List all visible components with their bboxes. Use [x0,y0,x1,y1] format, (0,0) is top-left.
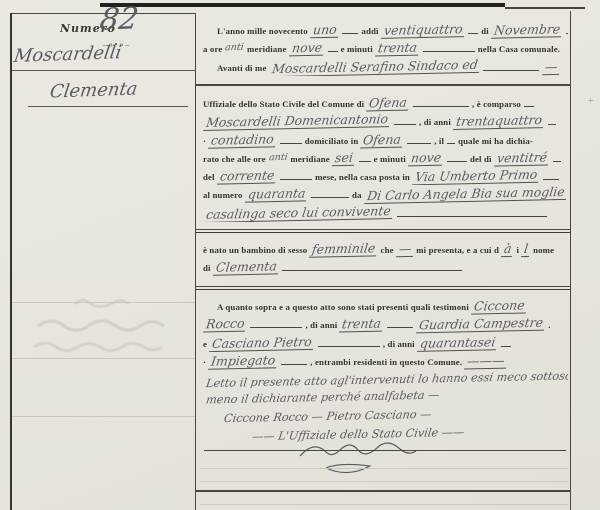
blank-rule [423,42,475,52]
handwritten-text: femminile [309,242,378,257]
form-line: ·Impiegato, entrambi residenti in questo… [202,352,568,370]
handwritten-text: Impiegato [208,354,278,369]
handwritten-text: — [396,243,414,257]
blank-rule [501,337,511,347]
printed-text: mi presenta, e a cui d [416,245,499,255]
printed-text: . [548,320,550,330]
section-separator [196,490,570,492]
printed-text: e minuti [341,44,373,54]
footer-faint-rule [200,481,568,482]
printed-text: nella Casa comunale. [478,44,560,54]
form-line: A quanto sopra e a questo atto sono stat… [202,297,568,315]
margin-faint-rule [12,416,195,417]
handwritten-text: Ofena [360,133,404,147]
given-name-rule [28,106,188,107]
printed-text: Uffiziale dello Stato Civile del Comune … [203,99,364,109]
handwritten-text: — [542,60,560,74]
printed-text: e [203,339,207,349]
blank-rule [342,24,358,34]
footer-faint-rule [200,504,568,505]
form-line: L'anno mille novecentounoaddìventiquattr… [202,21,568,39]
form-line: eCasciano Pietro, di anniquarantasei [202,334,568,352]
handwritten-text: Ciccone [471,299,527,314]
handwritten-text: l [521,243,531,257]
column-divider [195,13,196,510]
section-separator [196,84,570,86]
blank-rule [280,134,302,144]
handwritten-text: Rocco [203,318,247,332]
blank-rule [468,24,478,34]
form-line: delcorrentemese, nella casa posta inVia … [202,167,568,185]
handwritten-text: à [501,243,514,257]
printed-text: , di anni [383,339,415,349]
blank-rule [548,115,556,125]
handwritten-text: Via Umberto Primo [412,169,540,185]
printed-text: , è comparso [472,99,521,109]
printed-text: quale mi ha dichia- [458,136,533,146]
form-line: rato che alle oreantimeridianeseie minut… [202,149,568,167]
handwritten-text: nove [408,152,444,166]
printed-text: , di anni [419,117,451,127]
printed-text: meridiane [247,44,286,54]
blank-rule [407,134,431,144]
blank-rule [280,170,312,180]
surname-rule [12,70,196,71]
blank-rule [447,152,467,162]
signature-rule [204,450,566,451]
blank-rule [328,42,338,52]
form-line: Letto il presente atto agl'intervenuti l… [202,370,568,388]
blank-rule [282,261,462,271]
handwritten-text: Novembre [491,23,563,38]
printed-text: da [352,190,362,200]
printed-text: meridiane [290,154,329,164]
ink-bleed-through [20,292,190,362]
handwritten-text: trenta [375,42,420,56]
printed-text: rato che alle ore [203,154,266,164]
handwritten-text: quarantasei [417,336,498,351]
form-line: meno il dichiarante perché analfabeta — [202,388,568,406]
handwritten-text: Di Carlo Angela Bia sua moglie [364,186,567,203]
blank-rule [553,152,561,162]
form-line: Rocco, di annitrentaGuardia Campestre. [202,315,568,333]
handwritten-text: Casciano Pietro [209,335,315,351]
handwritten-text: trentaquattro [453,114,545,129]
printed-text: che [381,245,394,255]
printed-text: è nato un bambino di sesso [203,245,307,255]
printed-text: al numero [203,190,243,200]
handwritten-text: meno il dichiarante perché analfabeta — [203,390,442,406]
form-line: diClementa [202,258,568,276]
printed-text: L'anno mille novecento [217,26,308,36]
printed-text: , entrambi residenti in questo Comune. [310,357,462,367]
form-line: Moscardelli Domenicantonio, di annitrent… [202,112,568,130]
blank-rule [543,170,559,180]
page-left-border [10,13,12,510]
form-line: è nato un bambino di sessofemminileche—m… [202,240,568,258]
handwritten-text: Moscardelli Domenicantonio [203,113,391,130]
top-scan-bar-tail [505,7,585,9]
handwritten-text: corrente [217,170,277,185]
printed-text: · [203,136,206,146]
blank-rule [397,207,547,217]
form-line: al numeroquarantadaDi Carlo Angela Bia s… [202,185,568,203]
handwritten-text: Letto il presente atto agl'intervenuti l… [203,370,568,388]
handwritten-text: Ofena [366,97,410,111]
birth-record-scan: + Numero 82 –«•»– Moscardelli Clementa L… [0,0,600,510]
handwritten-text: anti [223,43,247,53]
printed-text: , il [434,136,444,146]
numero-value: 82 [98,1,141,38]
handwritten-text: Guardia Campestre [416,317,546,333]
section-declaration: Uffiziale dello Stato Civile del Comune … [202,94,568,222]
official-signature-flourish [292,438,422,478]
handwritten-text: ventiquattro [381,23,465,38]
margin-surname: Moscardelli [14,44,121,65]
handwritten-text: Moscardelli Serafino Sindaco ed [269,58,481,76]
printed-text: domiciliato in [305,136,359,146]
printed-text: del [203,172,215,182]
printed-text: · [203,357,206,367]
section-birth: è nato un bambino di sessofemminileche—m… [202,240,568,277]
handwritten-text: quaranta [245,188,308,203]
printed-text: di [203,263,211,273]
printed-text: nome [533,245,554,255]
printed-text: A quanto sopra e a questo atto sono stat… [217,302,469,312]
section-witnesses: A quanto sopra e a questo atto sono stat… [202,297,568,443]
section-separator [196,286,570,290]
handwritten-text: contadino [208,133,276,148]
printed-text: mese, nella casa posta in [315,172,410,182]
handwritten-text: nove [289,42,325,56]
form-line: a oreantimeridianenovee minutitrentanell… [202,39,568,57]
printed-text: del dì [470,154,492,164]
page-right-border [570,11,571,510]
section-separator [196,229,570,233]
handwritten-text: ventitré [494,151,550,166]
form-line: Uffiziale dello Stato Civile del Comune … [202,94,568,112]
handwritten-text: anti [266,153,290,163]
printed-text: e minuti [374,154,406,164]
blank-rule [413,97,469,107]
printed-text: i [516,245,519,255]
handwritten-text: casalinga seco lui convivente [203,205,394,222]
blank-rule [483,61,539,71]
printed-text: addì [361,26,378,36]
form-line: ·contadinodomiciliato inOfena, ilquale m… [202,131,568,149]
form-line: Avanti di meMoscardelli Serafino Sindaco… [202,58,568,76]
blank-rule [566,24,568,34]
handwritten-text: uno [310,24,339,38]
blank-rule [387,318,413,328]
printed-text: , di anni [305,320,337,330]
blank-rule [394,115,416,125]
blank-rule [318,337,380,347]
form-line: casalinga seco lui convivente [202,204,568,222]
blank-rule [311,188,349,198]
top-scan-bar [100,3,505,7]
handwritten-text: trenta [339,318,384,332]
printed-text: a ore [203,44,222,54]
blank-rule [250,318,302,328]
handwritten-text: Clementa [213,261,280,276]
blank-rule [359,152,371,162]
printed-text: Avanti di me [217,63,267,73]
section-opening: L'anno mille novecentounoaddìventiquattr… [202,21,568,76]
printed-text: di [481,26,489,36]
handwritten-text: sei [332,152,356,166]
blank-rule [524,97,534,107]
footer-faint-rule [200,468,568,469]
margin-given-name: Clementa [50,80,137,101]
blank-rule [281,355,307,365]
blank-rule [447,134,455,144]
handwritten-text: ——— [464,354,507,368]
form-line: Ciccone Rocco — Pietro Casciano — [202,407,568,425]
handwritten-text: Ciccone Rocco — Pietro Casciano — [221,409,434,425]
right-margin-mark: + [588,96,594,107]
